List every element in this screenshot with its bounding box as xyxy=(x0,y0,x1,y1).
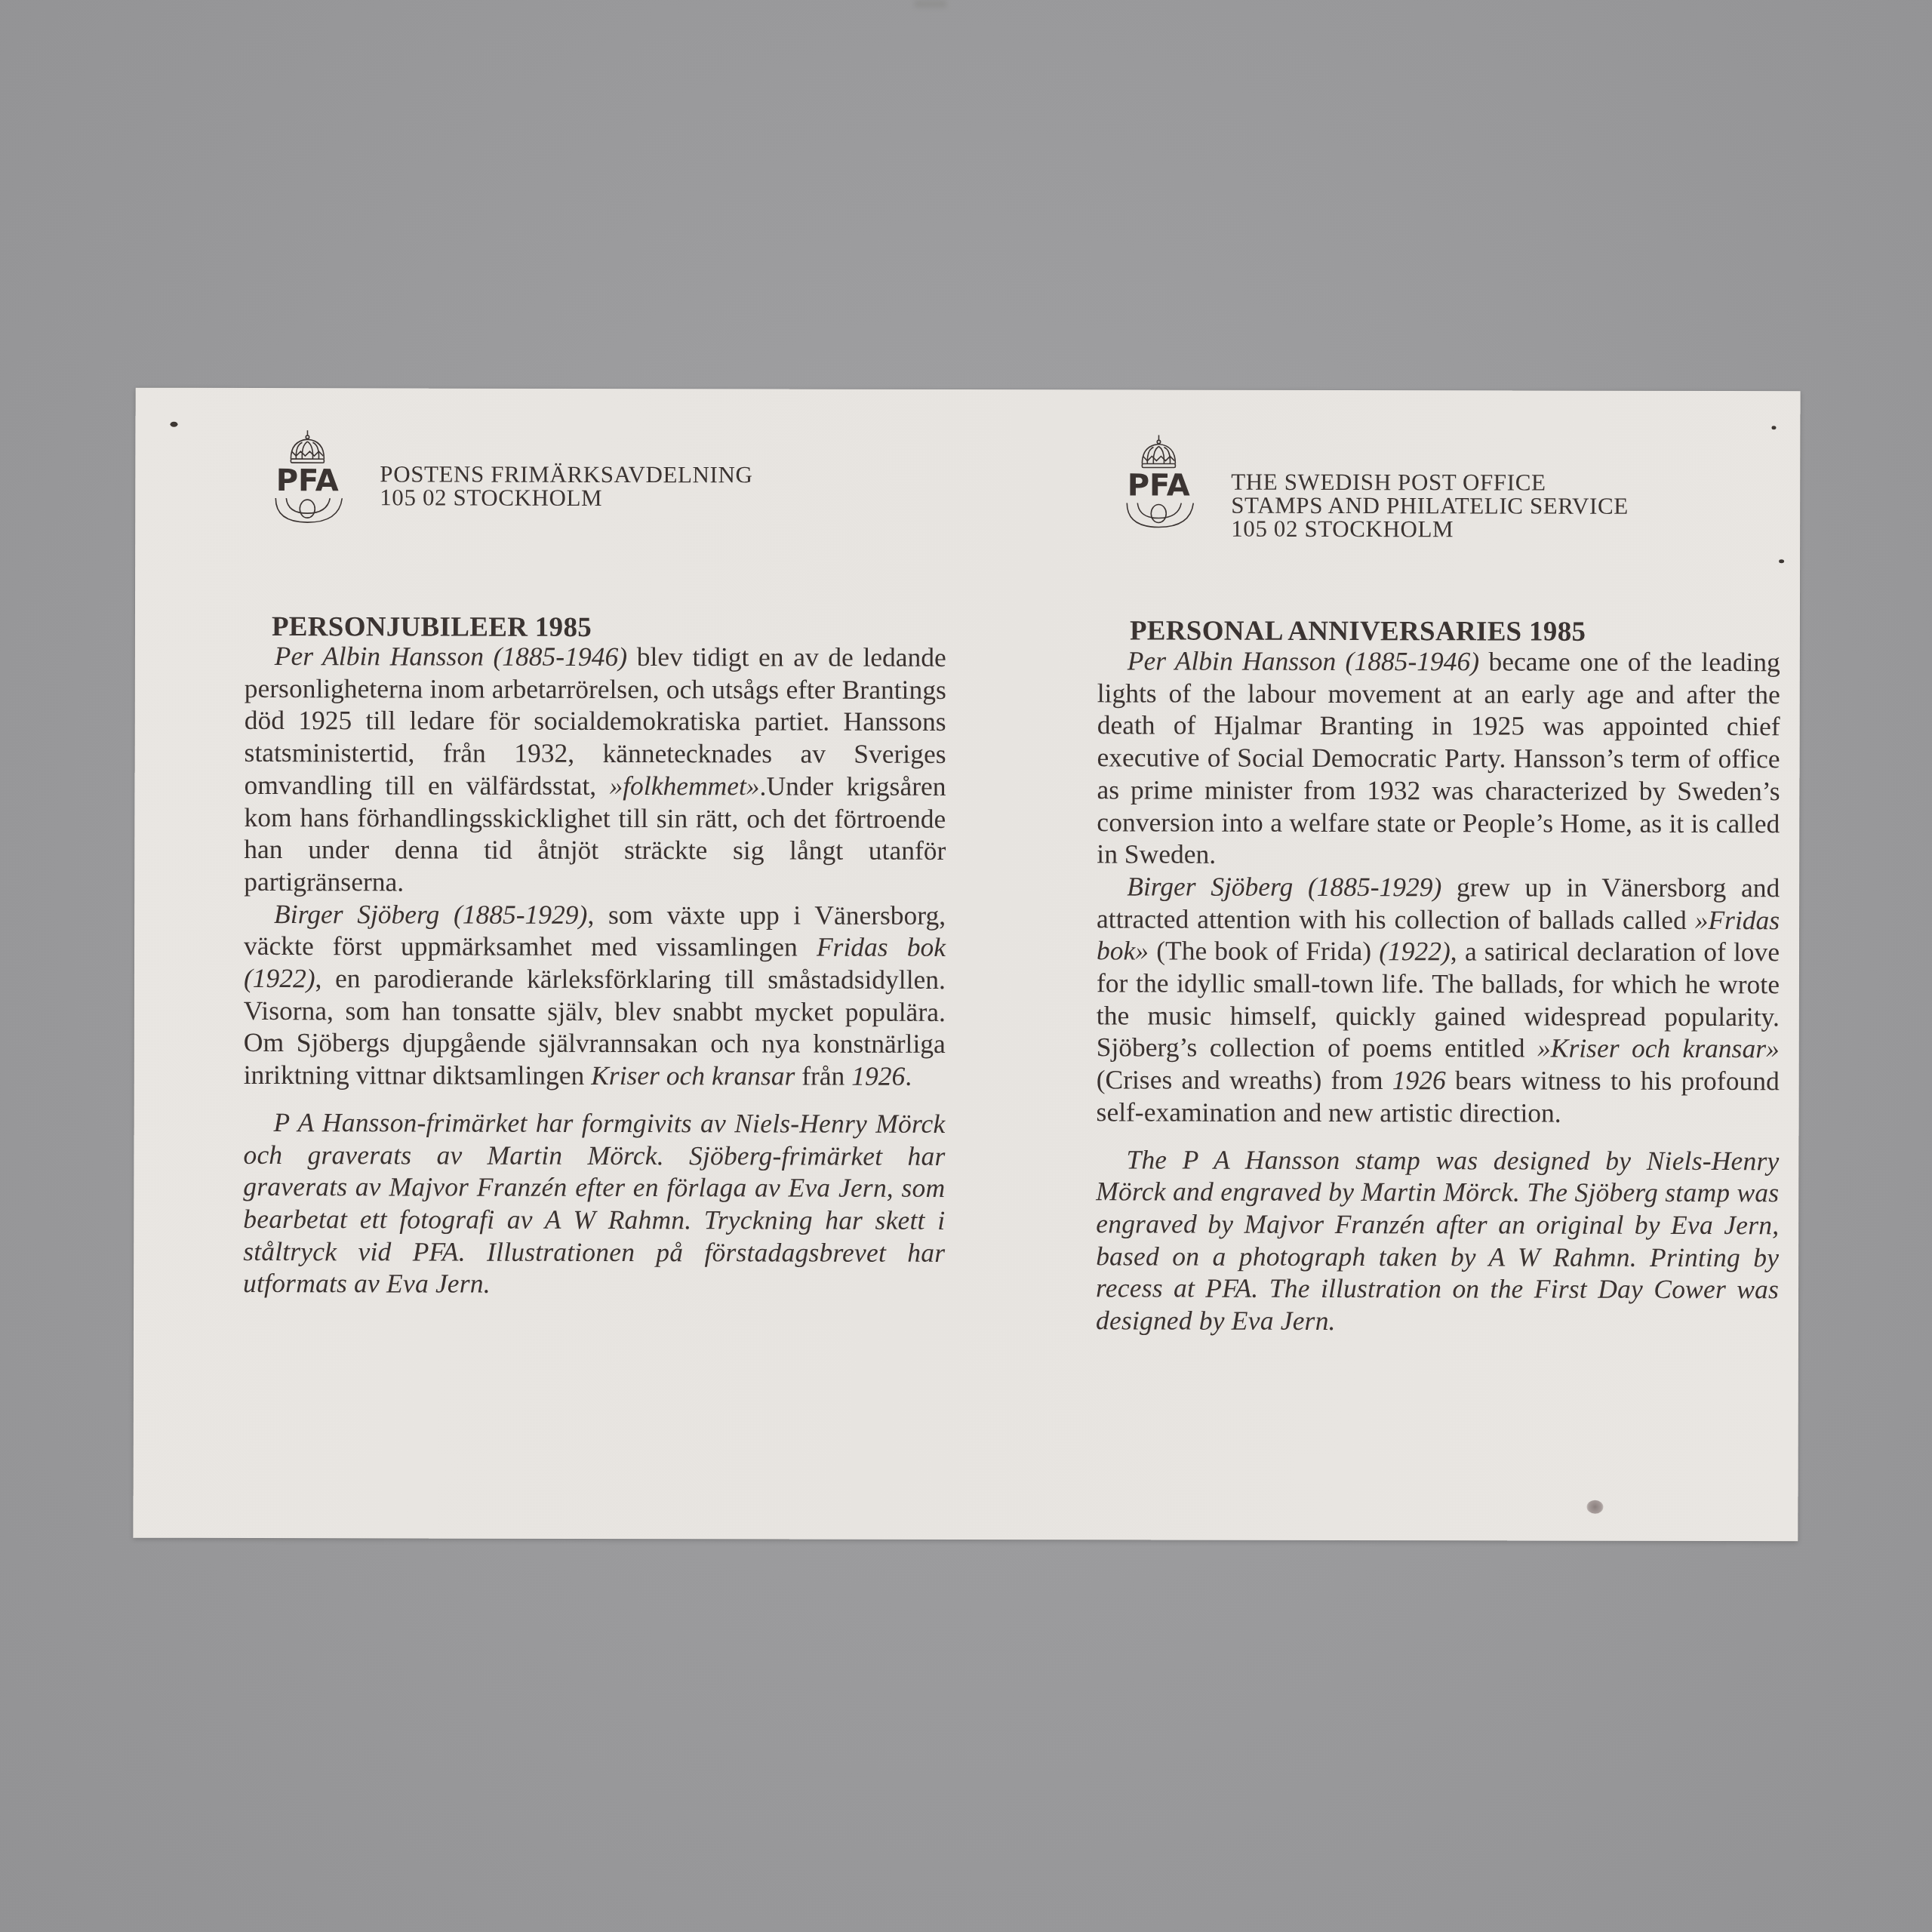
pinhole-mark xyxy=(1771,426,1776,429)
pinhole-mark xyxy=(1779,559,1784,563)
address-line: POSTENS FRIMÄRKSAVDELNING xyxy=(380,462,752,486)
pfa-crown-posthorn-logo-icon: PFA xyxy=(269,429,348,525)
pinhole-mark xyxy=(170,422,177,427)
english-column: PFA THE SWEDISH POST OFFICE STAMPS AND P… xyxy=(966,389,1801,391)
background-shadow xyxy=(915,0,946,8)
paragraph-hansson: Per Albin Hansson (1885-1946) blev tidig… xyxy=(244,640,946,900)
address-block: THE SWEDISH POST OFFICE STAMPS AND PHILA… xyxy=(1231,470,1629,541)
letterhead: PFA POSTENS FRIMÄRKSAVDELNING 105 02 STO… xyxy=(269,429,752,526)
letterhead: PFA THE SWEDISH POST OFFICE STAMPS AND P… xyxy=(1121,433,1629,540)
body-text: Per Albin Hansson (1885-1946) became one… xyxy=(1096,645,1780,1338)
address-line: 105 02 STOCKHOLM xyxy=(380,485,752,509)
address-line: THE SWEDISH POST OFFICE xyxy=(1231,470,1629,494)
address-line: STAMPS AND PHILATELIC SERVICE xyxy=(1231,494,1629,518)
stain-mark xyxy=(1586,1500,1603,1514)
swedish-column: PFA POSTENS FRIMÄRKSAVDELNING 105 02 STO… xyxy=(136,388,966,389)
body-text: Per Albin Hansson (1885-1946) blev tidig… xyxy=(243,640,946,1301)
page-title: PERSONJUBILEER 1985 xyxy=(272,611,592,644)
paragraph-credits: The P A Hansson stamp was designed by Ni… xyxy=(1096,1143,1780,1338)
address-block: POSTENS FRIMÄRKSAVDELNING 105 02 STOCKHO… xyxy=(380,462,752,509)
pfa-crown-posthorn-logo-icon: PFA xyxy=(1121,433,1199,530)
paragraph-credits: P A Hansson-frimärket har formgivits av … xyxy=(243,1106,946,1301)
address-line: 105 02 STOCKHOLM xyxy=(1231,517,1629,541)
svg-text:PFA: PFA xyxy=(276,463,339,498)
paragraph-hansson: Per Albin Hansson (1885-1946) became one… xyxy=(1097,645,1780,872)
paragraph-sjoberg: Birger Sjöberg (1885-1929), som växte up… xyxy=(244,898,946,1093)
paragraph-sjoberg: Birger Sjöberg (1885-1929) grew up in Vä… xyxy=(1097,870,1780,1130)
page-title: PERSONAL ANNIVERSARIES 1985 xyxy=(1130,614,1586,648)
svg-text:PFA: PFA xyxy=(1128,468,1190,503)
document-sheet: PFA POSTENS FRIMÄRKSAVDELNING 105 02 STO… xyxy=(133,388,1800,1542)
